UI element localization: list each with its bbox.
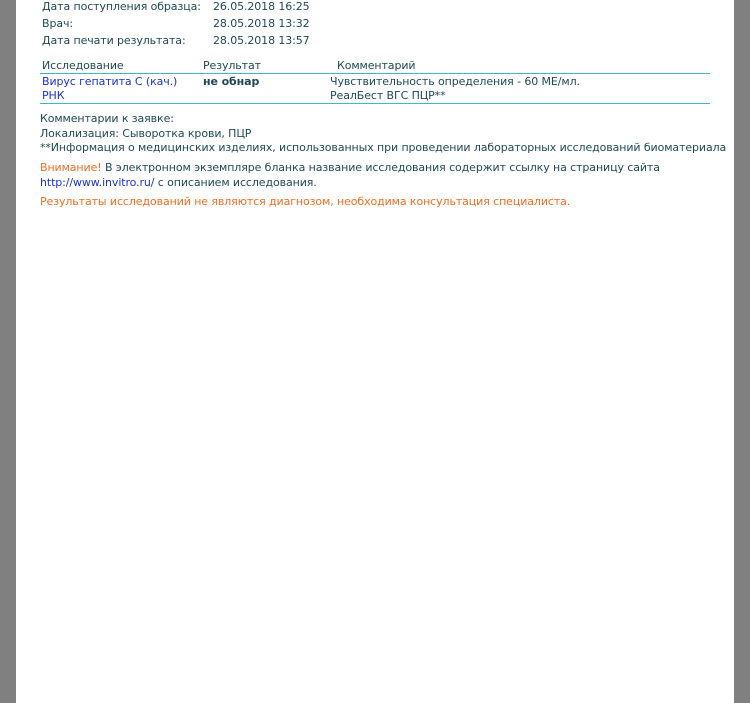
order-comments: Комментарии к заявке: Локализация: Сывор… bbox=[40, 112, 726, 156]
header-test: Исследование bbox=[42, 59, 124, 73]
comments-devices-info: **Информация о медицинских изделиях, исп… bbox=[40, 141, 726, 156]
test-name-line[interactable]: Вирус гепатита С (кач.) bbox=[42, 75, 192, 89]
test-result: не обнар bbox=[203, 75, 259, 89]
results-table: Исследование Результат Комментарий Вирус… bbox=[40, 58, 710, 104]
info-label: Дата поступления образца: bbox=[42, 0, 201, 15]
info-label: Дата печати результата: bbox=[42, 33, 186, 49]
results-table-header: Исследование Результат Комментарий bbox=[40, 58, 710, 74]
right-frame bbox=[734, 0, 750, 703]
info-value: 28.05.2018 13:32 bbox=[213, 16, 310, 32]
table-row: Вирус гепатита С (кач.) РНК не обнар Чув… bbox=[40, 74, 710, 104]
comment-line: Чувствительность определения - 60 МЕ/мл. bbox=[330, 75, 710, 89]
comments-title: Комментарии к заявке: bbox=[40, 112, 726, 127]
info-value: 26.05.2018 16:25 bbox=[213, 0, 310, 15]
notice-text: В электронном экземпляре бланка название… bbox=[102, 161, 660, 174]
disclaimer: Результаты исследований не являются диаг… bbox=[40, 195, 570, 210]
notice-text-after-link: с описанием исследования. bbox=[154, 176, 316, 189]
test-name-link[interactable]: Вирус гепатита С (кач.) РНК bbox=[42, 75, 192, 103]
test-comment: Чувствительность определения - 60 МЕ/мл.… bbox=[330, 75, 710, 103]
test-name-line[interactable]: РНК bbox=[42, 89, 192, 103]
comments-localization: Локализация: Сыворотка крови, ПЦР bbox=[40, 127, 726, 142]
comment-line: РеалБест ВГС ПЦР** bbox=[330, 89, 710, 103]
notice: Внимание! В электронном экземпляре бланк… bbox=[40, 161, 720, 190]
attention-label: Внимание! bbox=[40, 161, 102, 174]
info-label: Врач: bbox=[42, 16, 73, 32]
header-comment: Комментарий bbox=[337, 59, 415, 73]
left-frame bbox=[0, 0, 16, 703]
info-value: 28.05.2018 13:57 bbox=[213, 33, 310, 49]
result-document: Дата поступления образца: 26.05.2018 16:… bbox=[16, 0, 734, 703]
header-result: Результат bbox=[203, 59, 261, 73]
invitro-link[interactable]: http://www.invitro.ru/ bbox=[40, 176, 154, 189]
